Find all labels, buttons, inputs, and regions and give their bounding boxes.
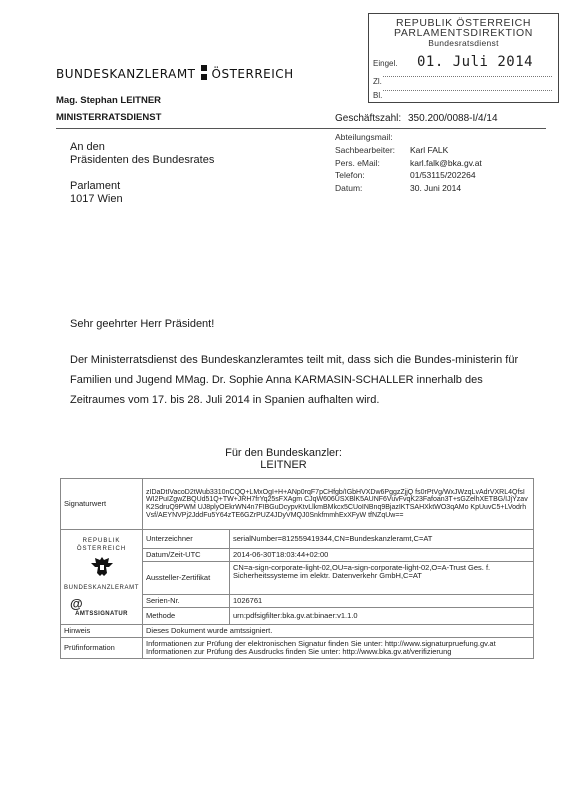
org-name-left: BUNDESKANZLERAMT [56, 67, 196, 81]
signaturwert-label: Signaturwert [61, 479, 143, 530]
meta-value: 30. Juni 2014 [410, 182, 461, 195]
aussteller-value: CN=a-sign-corporate-light-02,OU=a-sign-c… [230, 562, 534, 595]
pruefinformation-label: Prüfinformation [61, 638, 143, 659]
organization-header: BUNDESKANZLERAMTÖSTERREICH [56, 65, 294, 81]
austrian-eagle-icon [89, 554, 115, 580]
austria-flag-mark-icon [201, 65, 207, 80]
hinweis-value: Dieses Dokument wurde amtssigniert. [143, 625, 534, 638]
aussteller-label: Aussteller-Zertifikat [143, 562, 230, 595]
at-sign-icon: @ [64, 598, 139, 610]
meta-row: Datum:30. Juni 2014 [335, 182, 482, 195]
meta-label: Telefon: [335, 169, 410, 182]
signatory: LEITNER [0, 459, 567, 471]
meta-value: karl.falk@bka.gv.at [410, 157, 482, 170]
geschaeftszahl-label: Geschäftszahl: [335, 113, 401, 124]
unterzeichner-value: serialNumber=812559419344,CN=Bundeskanzl… [230, 530, 534, 549]
stamp-bl-label: Bl. [373, 91, 382, 100]
meta-row: Sachbearbeiter:Karl FALK [335, 144, 482, 157]
meta-label: Abteilungsmail: [335, 131, 410, 144]
table-row: Prüfinformation Informationen zur Prüfun… [61, 638, 534, 659]
pruefinformation-value: Informationen zur Prüfung der elektronis… [143, 638, 534, 659]
sender-department: MINISTERRATSDIENST [56, 112, 161, 123]
table-row: Hinweis Dieses Dokument wurde amtssignie… [61, 625, 534, 638]
logo-org-name: BUNDESKANZLERAMT [64, 584, 139, 592]
recipient-line: 1017 Wien [70, 193, 214, 206]
org-name-right: ÖSTERREICH [212, 67, 294, 81]
meta-label: Datum: [335, 182, 410, 195]
meta-row: Abteilungsmail: [335, 131, 482, 144]
stamp-bl-line [383, 90, 552, 91]
recipient-line: Parlament [70, 180, 214, 193]
amtssignatur-logo: REPUBLIK ÖSTERREICH BUNDESKANZLERAMT @ A… [61, 530, 143, 625]
methode-label: Methode [143, 608, 230, 625]
hinweis-label: Hinweis [61, 625, 143, 638]
table-row: REPUBLIK ÖSTERREICH BUNDESKANZLERAMT @ A… [61, 530, 534, 549]
logo-arc-text: REPUBLIK ÖSTERREICH [64, 537, 139, 553]
stamp-line-bundesratsdienst: Bundesratsdienst [369, 38, 558, 48]
meta-value: 01/53115/202264 [410, 169, 476, 182]
methode-value: urn:pdfsigfilter:bka.gv.at:binaer:v1.1.0 [230, 608, 534, 625]
letter-body: Der Ministerratsdienst des Bundeskanzler… [70, 350, 530, 410]
salutation: Sehr geehrter Herr Präsident! [70, 318, 214, 330]
header-divider [56, 128, 546, 129]
stamp-zl-line [383, 76, 552, 77]
meta-value: Karl FALK [410, 144, 448, 157]
stamp-line-parlamentsdirektion: PARLAMENTSDIREKTION [369, 28, 558, 38]
unterzeichner-label: Unterzeichner [143, 530, 230, 549]
stamp-eingel-date: 01. Juli 2014 [417, 54, 533, 70]
signaturwert-value: zIDaDtIVacoD2tWub3310nCQQ+LMxOgI+H+ANp0r… [143, 479, 534, 530]
recipient-address: An den Präsidenten des Bundesrates Parla… [70, 141, 214, 206]
recipient-line: An den [70, 141, 214, 154]
logo-amtssignatur: AMTSSIGNATUR [64, 610, 139, 618]
meta-row: Telefon:01/53115/202264 [335, 169, 482, 182]
serien-nr-label: Serien-Nr. [143, 595, 230, 608]
datum-zeit-value: 2014-06-30T18:03:44+02:00 [230, 549, 534, 562]
datum-zeit-label: Datum/Zeit-UTC [143, 549, 230, 562]
serien-nr-value: 1026761 [230, 595, 534, 608]
meta-row: Pers. eMail:karl.falk@bka.gv.at [335, 157, 482, 170]
signature-line: Für den Bundeskanzler: LEITNER [0, 447, 567, 471]
recipient-line: Präsidenten des Bundesrates [70, 154, 214, 167]
geschaeftszahl-value: 350.200/0088-I/4/14 [408, 113, 498, 124]
meta-label: Pers. eMail: [335, 157, 410, 170]
pruefinfo-line: Informationen zur Prüfung des Ausdrucks … [146, 648, 530, 656]
contact-meta: Abteilungsmail: Sachbearbeiter:Karl FALK… [335, 131, 482, 195]
closing: Für den Bundeskanzler: [0, 447, 567, 459]
incoming-stamp: REPUBLIK ÖSTERREICH PARLAMENTSDIREKTION … [368, 13, 559, 103]
table-row: Signaturwert zIDaDtIVacoD2tWub3310nCQQ+L… [61, 479, 534, 530]
sender-name: Mag. Stephan LEITNER [56, 95, 161, 106]
signature-table: Signaturwert zIDaDtIVacoD2tWub3310nCQQ+L… [60, 478, 534, 659]
meta-label: Sachbearbeiter: [335, 144, 410, 157]
stamp-zl-label: Zl. [373, 77, 382, 86]
stamp-eingel-label: Eingel. [373, 59, 397, 68]
